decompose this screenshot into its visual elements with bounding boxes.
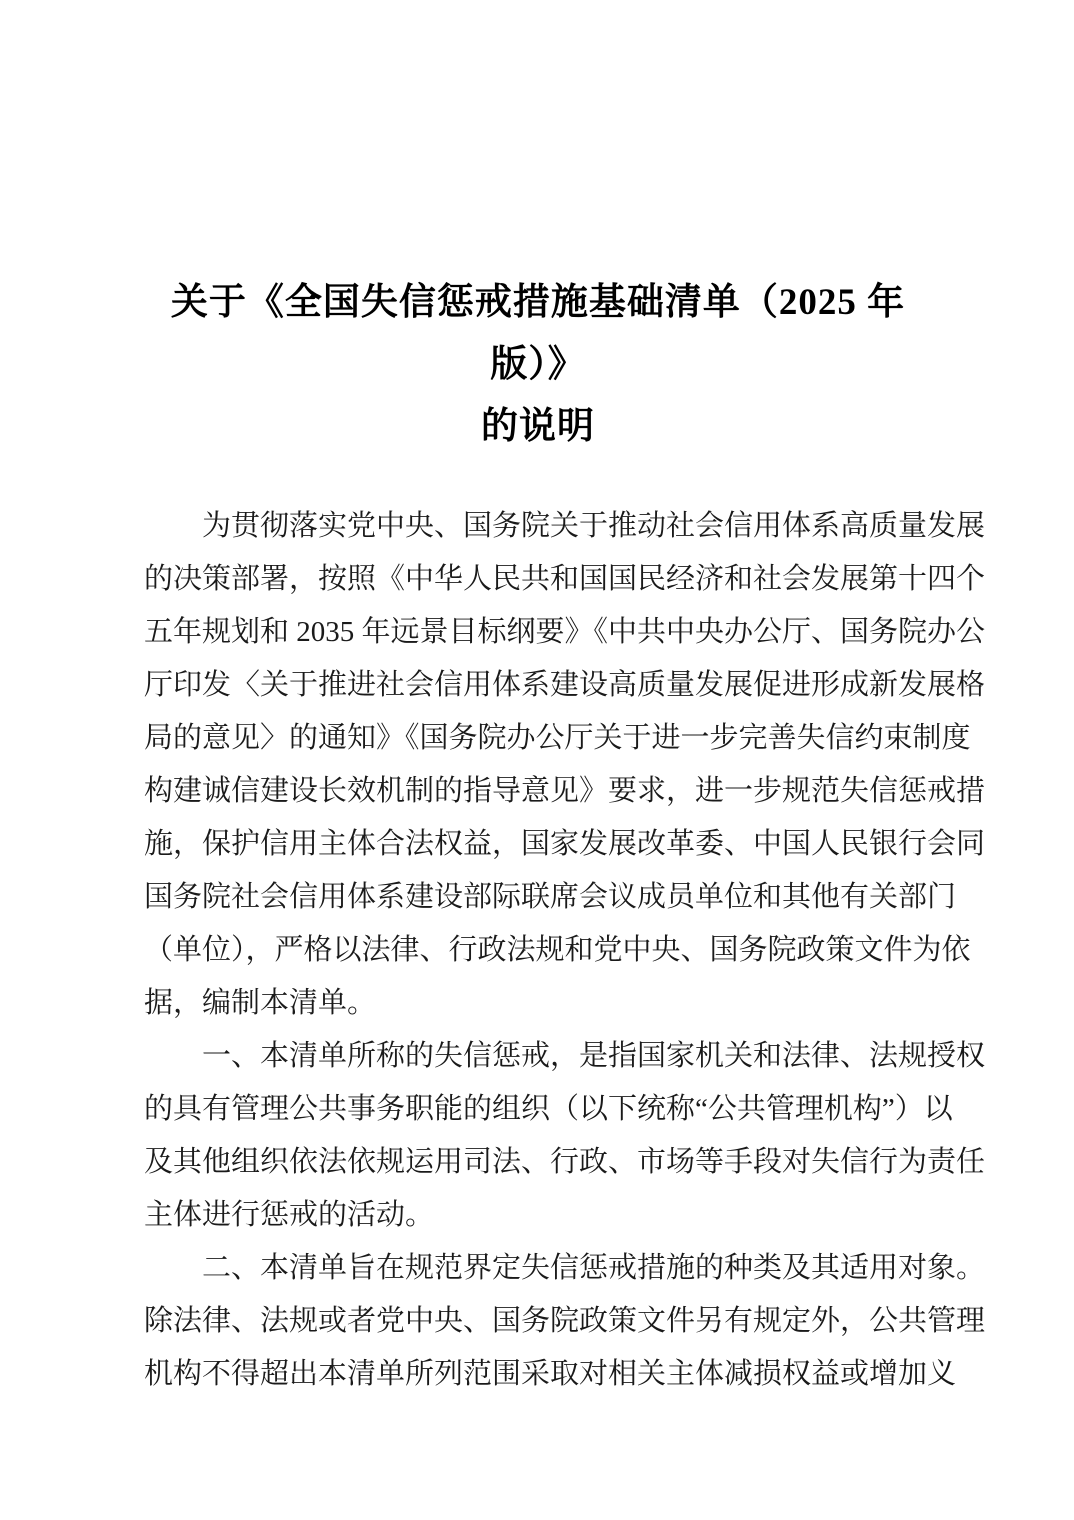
paragraph: 一、本清单所称的失信惩戒，是指国家机关和法律、法规授权的具有管理公共事务职能的组… xyxy=(144,1030,932,1242)
paragraph: 二、本清单旨在规范界定失信惩戒措施的种类及其适用对象。除法律、法规或者党中央、国… xyxy=(144,1242,932,1401)
document-title: 关于《全国失信惩戒措施基础清单（2025 年版）》 的说明 xyxy=(144,272,932,458)
document-page: 关于《全国失信惩戒措施基础清单（2025 年版）》 的说明 为贯彻落实党中央、国… xyxy=(0,0,1074,1520)
page-content: 关于《全国失信惩戒措施基础清单（2025 年版）》 的说明 为贯彻落实党中央、国… xyxy=(144,272,932,1401)
body-line: 五年规划和 2035 年远景目标纲要》《中共中央办公厅、国务院办公 xyxy=(144,606,932,659)
document-title-line-2: 的说明 xyxy=(144,396,932,458)
document-title-line-1: 关于《全国失信惩戒措施基础清单（2025 年版）》 xyxy=(144,272,932,396)
body-line: 为贯彻落实党中央、国务院关于推动社会信用体系高质量发展 xyxy=(144,500,932,553)
document-body: 为贯彻落实党中央、国务院关于推动社会信用体系高质量发展的决策部署，按照《中华人民… xyxy=(144,500,932,1401)
body-line: 除法律、法规或者党中央、国务院政策文件另有规定外，公共管理 xyxy=(144,1295,932,1348)
body-line: 二、本清单旨在规范界定失信惩戒措施的种类及其适用对象。 xyxy=(144,1242,932,1295)
body-line: 厅印发〈关于推进社会信用体系建设高质量发展促进形成新发展格 xyxy=(144,659,932,712)
body-line: 施，保护信用主体合法权益，国家发展改革委、中国人民银行会同 xyxy=(144,818,932,871)
body-line: （单位），严格以法律、行政法规和党中央、国务院政策文件为依 xyxy=(144,924,932,977)
body-line: 主体进行惩戒的活动。 xyxy=(144,1189,932,1242)
paragraph: 为贯彻落实党中央、国务院关于推动社会信用体系高质量发展的决策部署，按照《中华人民… xyxy=(144,500,932,1030)
body-line: 一、本清单所称的失信惩戒，是指国家机关和法律、法规授权 xyxy=(144,1030,932,1083)
body-line: 局的意见〉的通知》《国务院办公厅关于进一步完善失信约束制度 xyxy=(144,712,932,765)
body-line: 据，编制本清单。 xyxy=(144,977,932,1030)
body-line: 及其他组织依法依规运用司法、行政、市场等手段对失信行为责任 xyxy=(144,1136,932,1189)
body-line: 构建诚信建设长效机制的指导意见》要求，进一步规范失信惩戒措 xyxy=(144,765,932,818)
body-line: 的具有管理公共事务职能的组织（以下统称“公共管理机构”）以 xyxy=(144,1083,932,1136)
body-line: 国务院社会信用体系建设部际联席会议成员单位和其他有关部门 xyxy=(144,871,932,924)
body-line: 的决策部署，按照《中华人民共和国国民经济和社会发展第十四个 xyxy=(144,553,932,606)
body-line: 机构不得超出本清单所列范围采取对相关主体减损权益或增加义 xyxy=(144,1348,932,1401)
